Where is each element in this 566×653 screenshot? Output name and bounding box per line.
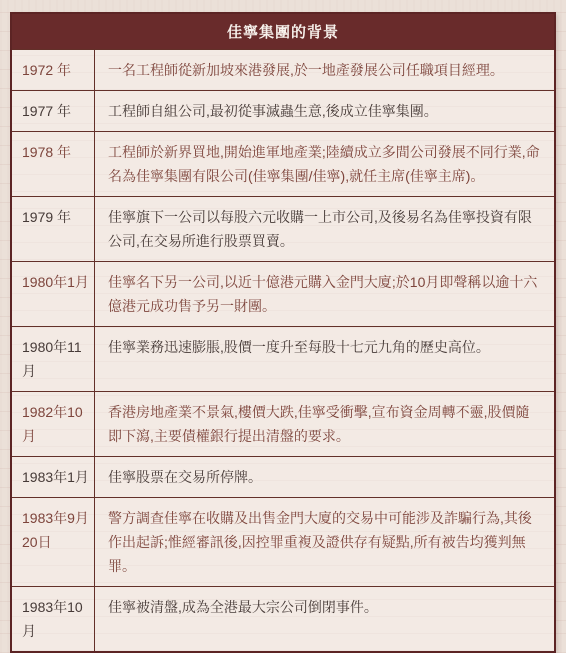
table-row: 1978 年 工程師於新界買地,開始進軍地產業;陸續成立多間公司發展不同行業,命… <box>12 131 554 196</box>
event-cell: 佳寧名下另一公司,以近十億港元購入金門大廈;於10月即聲稱以逾十六億港元成功售予… <box>95 262 554 326</box>
event-cell: 警方調查佳寧在收購及出售金門大廈的交易中可能涉及詐騙行為,其後作出起訴;惟經審訊… <box>95 498 554 586</box>
event-cell: 佳寧業務迅速膨脹,股價一度升至每股十七元九角的歷史高位。 <box>95 327 554 391</box>
table-row: 1982年10月 香港房地產業不景氣,樓價大跌,佳寧受衝擊,宣布資金周轉不靈,股… <box>12 391 554 456</box>
table-row: 1979 年 佳寧旗下一公司以每股六元收購一上市公司,及後易名為佳寧投資有限公司… <box>12 196 554 261</box>
date-cell: 1977 年 <box>12 91 95 131</box>
table-row: 1972 年 一名工程師從新加坡來港發展,於一地產發展公司任職項目經理。 <box>12 49 554 90</box>
event-cell: 香港房地產業不景氣,樓價大跌,佳寧受衝擊,宣布資金周轉不靈,股價隨即下瀉,主要債… <box>95 392 554 456</box>
date-cell: 1972 年 <box>12 50 95 90</box>
date-cell: 1978 年 <box>12 132 95 196</box>
table-row: 1980年1月 佳寧名下另一公司,以近十億港元購入金門大廈;於10月即聲稱以逾十… <box>12 261 554 326</box>
date-cell: 1982年10月 <box>12 392 95 456</box>
page-background: { "page": { "background_color": "#ebe0d8… <box>0 0 566 621</box>
date-cell: 1983年1月 <box>12 457 95 497</box>
event-cell: 一名工程師從新加坡來港發展,於一地產發展公司任職項目經理。 <box>95 50 554 90</box>
table-row: 1983年1月 佳寧股票在交易所停牌。 <box>12 456 554 497</box>
date-cell: 1983年9月20日 <box>12 498 95 586</box>
event-cell: 佳寧股票在交易所停牌。 <box>95 457 554 497</box>
date-cell: 1979 年 <box>12 197 95 261</box>
event-cell: 工程師於新界買地,開始進軍地產業;陸續成立多間公司發展不同行業,命名為佳寧集團有… <box>95 132 554 196</box>
table-row: 1980年11月 佳寧業務迅速膨脹,股價一度升至每股十七元九角的歷史高位。 <box>12 326 554 391</box>
table-title: 佳寧集團的背景 <box>12 14 554 49</box>
event-cell: 佳寧旗下一公司以每股六元收購一上市公司,及後易名為佳寧投資有限公司,在交易所進行… <box>95 197 554 261</box>
timeline-table: 佳寧集團的背景 1972 年 一名工程師從新加坡來港發展,於一地產發展公司任職項… <box>10 12 556 621</box>
table-row: 1977 年 工程師自組公司,最初從事滅蟲生意,後成立佳寧集團。 <box>12 90 554 131</box>
table-row: 1983年9月20日 警方調查佳寧在收購及出售金門大廈的交易中可能涉及詐騙行為,… <box>12 497 554 586</box>
event-cell: 佳寧被清盤,成為全港最大宗公司倒閉事件。 <box>95 587 554 621</box>
date-cell: 1980年11月 <box>12 327 95 391</box>
table-row: 1983年10月 佳寧被清盤,成為全港最大宗公司倒閉事件。 <box>12 586 554 621</box>
date-cell: 1983年10月 <box>12 587 95 621</box>
event-cell: 工程師自組公司,最初從事滅蟲生意,後成立佳寧集團。 <box>95 91 554 131</box>
date-cell: 1980年1月 <box>12 262 95 326</box>
